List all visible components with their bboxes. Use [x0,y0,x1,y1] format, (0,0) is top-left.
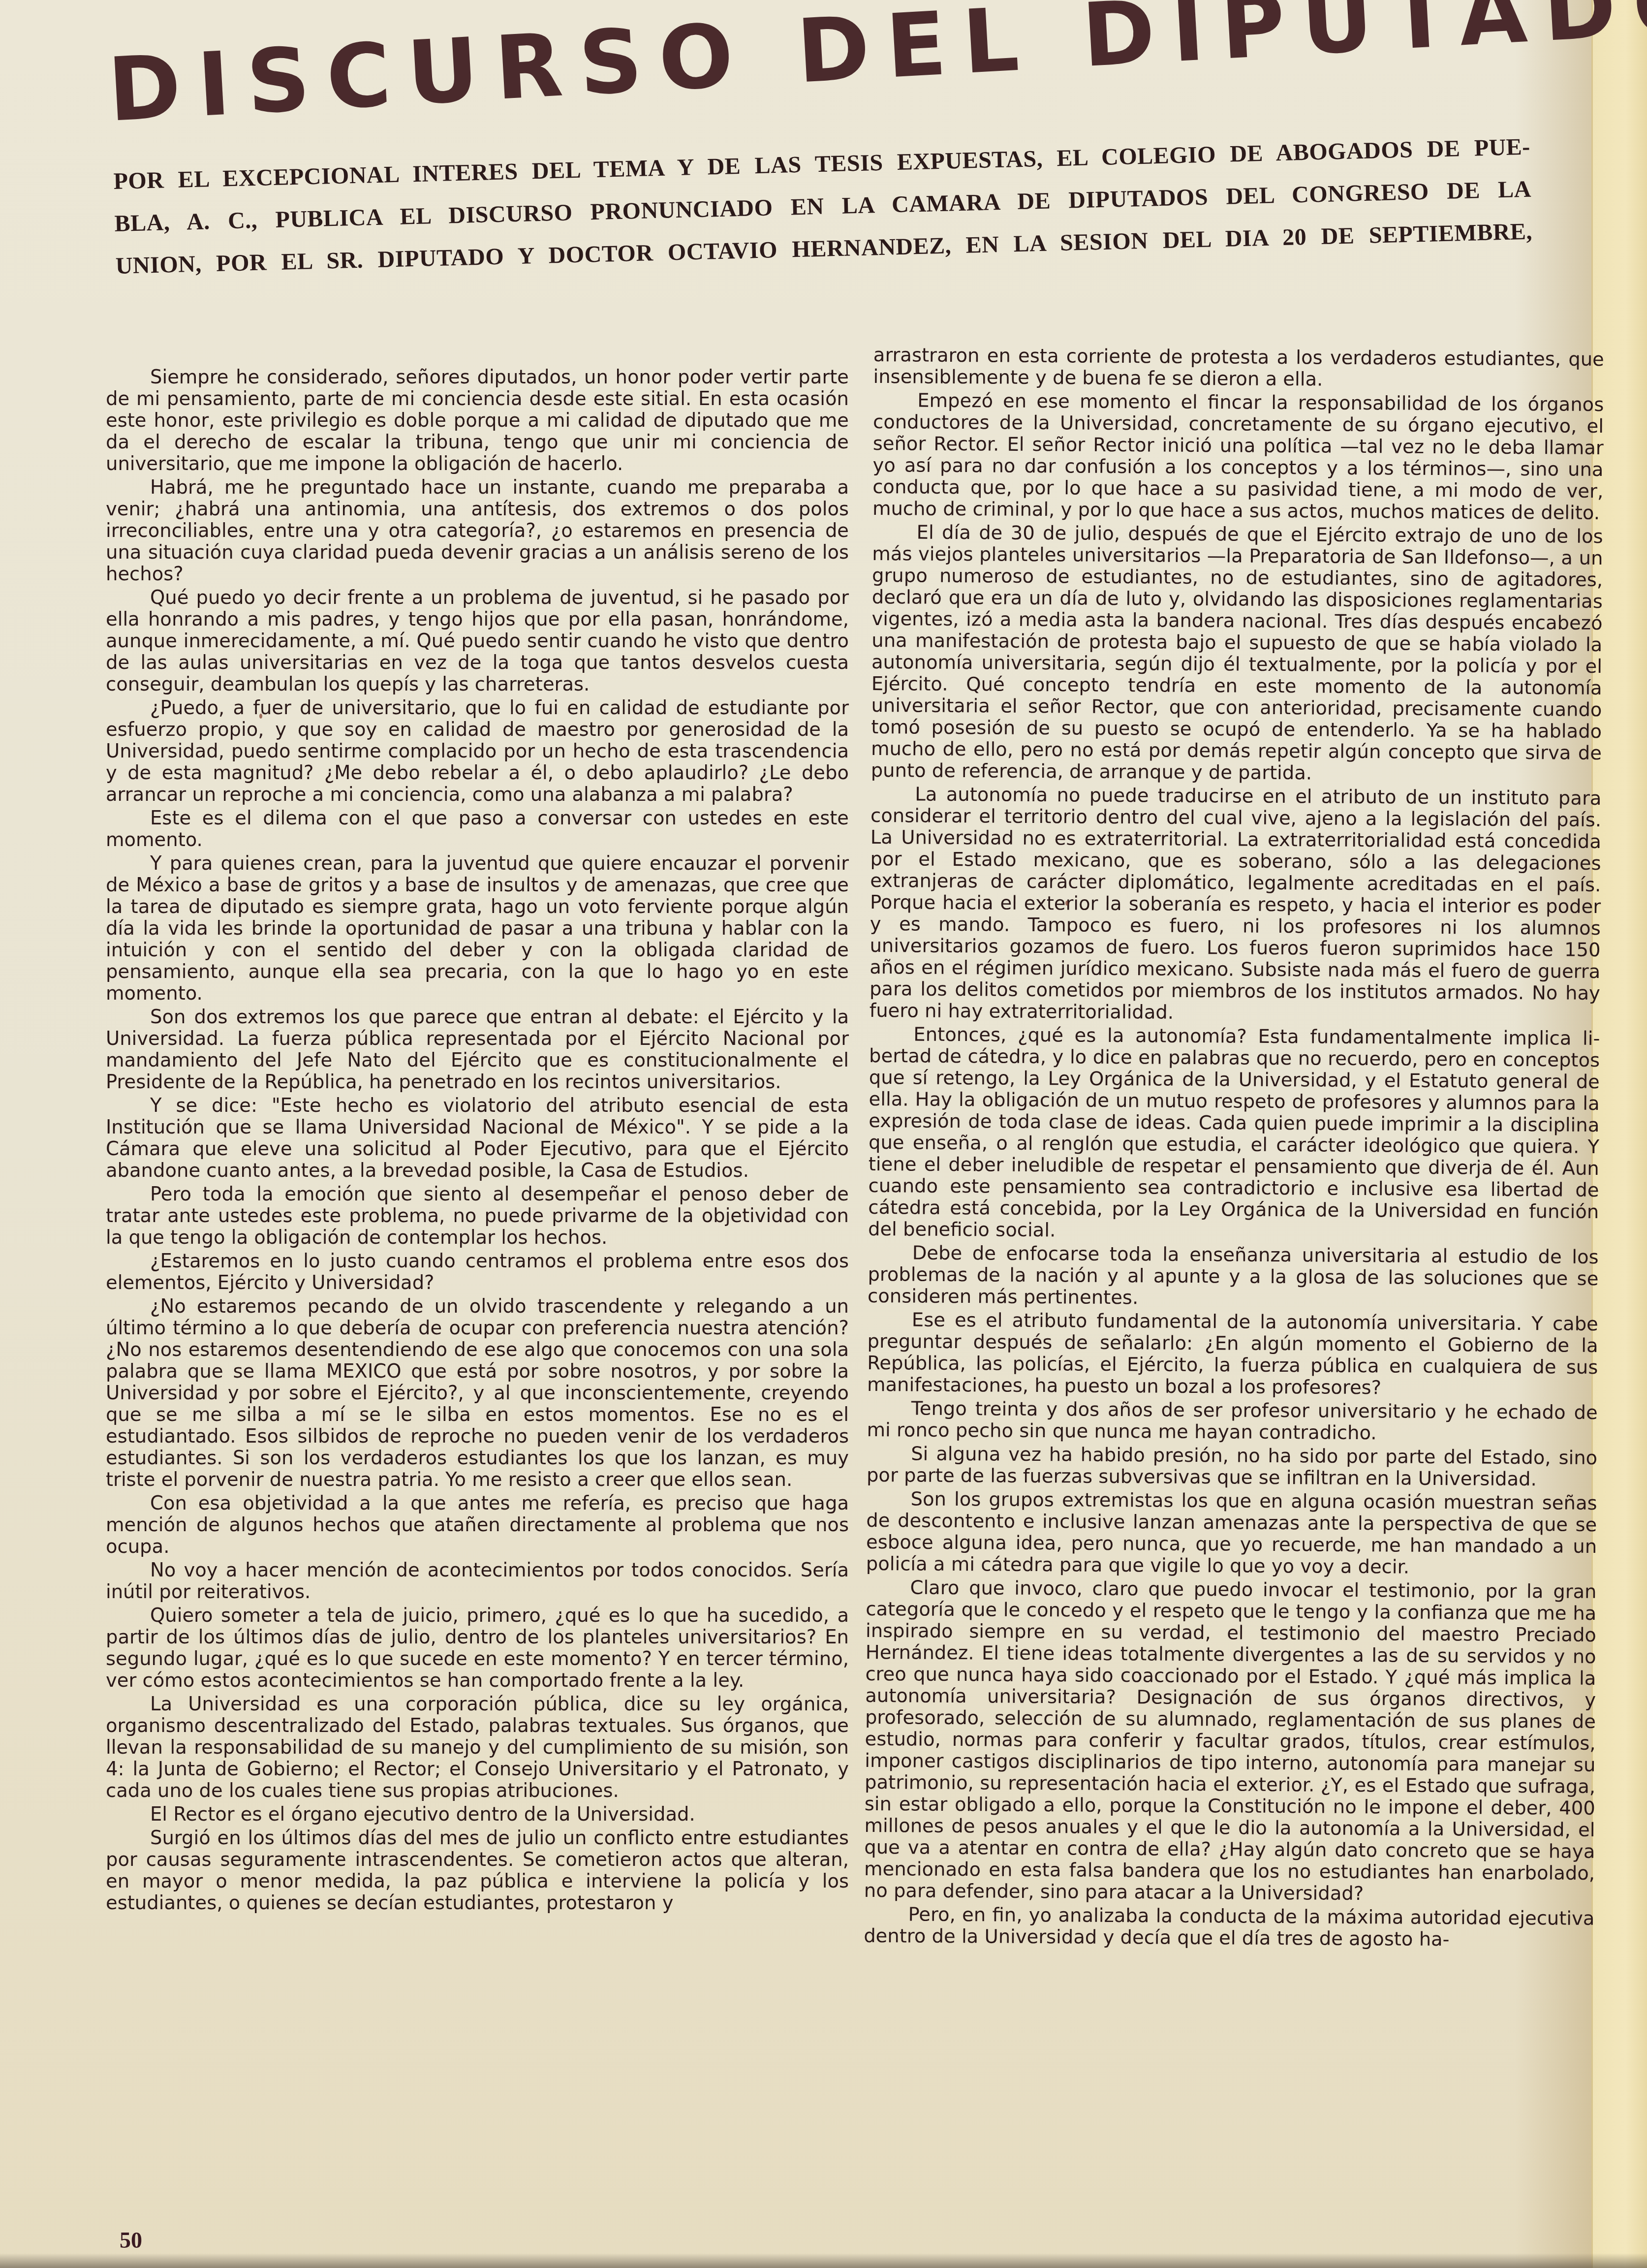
paragraph: Tengo treinta y dos años de ser profesor… [867,1398,1598,1446]
paragraph-continuation: arrastraron en esta corriente de protest… [873,345,1604,392]
paragraph: Este es el dilema con el que paso a conv… [106,808,849,851]
right-column: arrastraron en esta corriente de protest… [864,345,1604,1953]
paragraph: Claro que invoco, claro que puedo invoca… [864,1577,1597,1906]
page-number: 50 [120,2227,142,2253]
paragraph: Empezó en ese momento el fincar la respo… [872,390,1604,524]
paragraph: Y para quienes crean, para la juventud q… [106,853,849,1005]
paragraph: Pero, en fin, yo analizaba la conducta d… [864,1904,1595,1952]
paragraph: Quiero someter a tela de juicio, primero… [106,1605,849,1692]
paragraph: El día de 30 de julio, después de que el… [871,522,1603,786]
paragraph: Habrá, me he preguntado hace un instante… [106,477,849,585]
paragraph: ¿Puedo, a fuer de universitario, que lo … [106,697,849,806]
paragraph: Surgió en los últimos días del mes de ju… [106,1827,849,1914]
paragraph: Siempre he considerado, señores diputado… [106,367,849,475]
ink-speck [259,714,262,719]
left-column: Siempre he considerado, señores diputado… [106,367,849,1916]
page-bottom-shadow [0,2253,1647,2268]
paragraph: Son los grupos extremistas los que en al… [866,1488,1597,1579]
article-subtitle: POR EL EXCEPCIONAL INTERES DEL TEMA Y DE… [113,135,1533,297]
paragraph: Debe de enfocarse toda la enseñanza univ… [868,1242,1599,1312]
paragraph: Y se dice: "Este hecho es violatorio del… [106,1095,849,1182]
paragraph: Pero toda la emoción que siento al desem… [106,1184,849,1249]
paragraph: No voy a hacer mención de acontecimiento… [106,1560,849,1603]
article-title: DISCURSO DEL DIPUTADO LIC. [106,0,1560,134]
paragraph: Son dos extremos los que parece que entr… [106,1007,849,1093]
paragraph: Con esa objetividad a la que antes me re… [106,1493,849,1558]
paragraph: Ese es el atributo fundamental de la aut… [867,1309,1598,1400]
paragraph: La Universidad es una corporación públic… [106,1694,849,1802]
paragraph: ¿No estaremos pecando de un olvido trasc… [106,1296,849,1491]
paragraph: El Rector es el órgano ejecutivo dentro … [106,1804,849,1826]
magazine-page: DISCURSO DEL DIPUTADO LIC. POR EL EXCEPC… [0,0,1647,2268]
paragraph: ¿Estaremos en lo justo cuando centramos … [106,1251,849,1294]
paragraph: La autonomía no puede traducirse en el a… [870,784,1602,1026]
paragraph: Si alguna vez ha habido presión, no ha s… [867,1443,1598,1491]
paragraph: Qué puedo yo decir frente a un problema … [106,587,849,695]
page-edge [1591,0,1647,2268]
paragraph: Entonces, ¿qué es la autonomía? Esta fun… [868,1024,1600,1245]
ink-speck [1065,901,1068,906]
